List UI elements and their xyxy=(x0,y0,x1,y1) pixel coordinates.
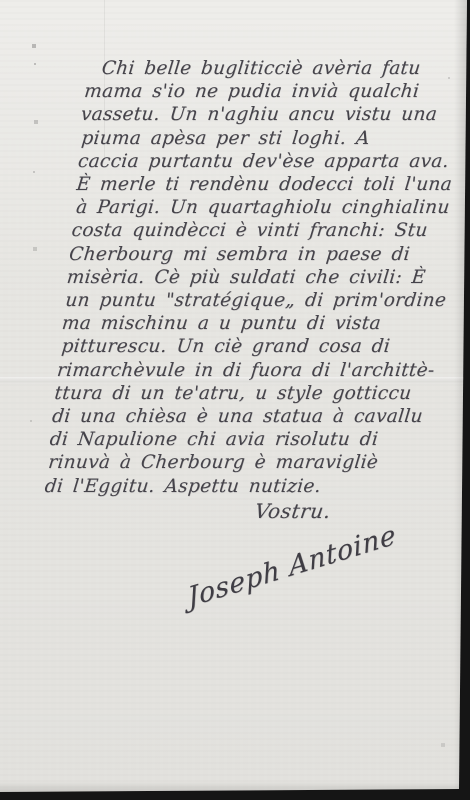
letter-line: un puntu "stratégique„ di prim'ordine xyxy=(64,289,447,312)
letter-line: rinuvà à Cherbourg è maravigliè xyxy=(47,451,430,474)
letter-page: Chi belle bugliticciè avèria fatu mama s… xyxy=(0,0,470,800)
letter-line: di l'Eggitu. Aspettu nutizie. xyxy=(44,475,428,498)
letter-line: Cherbourg mi sembra in paese di xyxy=(68,243,452,266)
letter-line: costa quindècci è vinti franchi: Stu xyxy=(70,219,454,242)
scanned-letter: Chi belle bugliticciè avèria fatu mama s… xyxy=(0,0,470,800)
letter-line: rimarchèvule in di fuora di l'archittè- xyxy=(56,359,440,382)
letter-line: È merle ti rendènu dodecci toli l'una xyxy=(75,173,459,196)
letter-line: caccia purtantu dev'èse apparta ava. xyxy=(77,150,462,173)
letter-line: vassetu. Un n'aghiu ancu vistu una xyxy=(80,103,467,126)
letter-closing: Vostru. xyxy=(253,499,332,523)
letter-line: ma mischinu a u puntu di vista xyxy=(61,312,445,335)
letter-line: piuma apèsa per sti loghi. A xyxy=(80,127,464,150)
signature: Joseph Antoine xyxy=(186,519,398,614)
letter-line: Chi belle bugliticciè avèria fatu xyxy=(88,57,470,80)
letter-line: pitturescu. Un ciè grand cosa di xyxy=(60,335,442,358)
letter-line: misèria. Cè più suldati che civili: È xyxy=(66,266,450,289)
letter-line: mama s'io ne pudia invià qualchi xyxy=(83,80,469,103)
letter-body: Chi belle bugliticciè avèria fatu mama s… xyxy=(44,57,470,498)
letter-line: ttura di un te'atru, u style gotticcu xyxy=(53,382,437,405)
scan-edge-shadow-bottom xyxy=(0,782,470,800)
letter-line: di Napulione chi avia risolutu di xyxy=(49,428,433,451)
paper-specks xyxy=(0,0,2,2)
letter-line: di una chièsa è una statua à cavallu xyxy=(51,405,435,428)
letter-line: à Parigi. Un quartaghiolu cinghialinu xyxy=(75,196,457,219)
